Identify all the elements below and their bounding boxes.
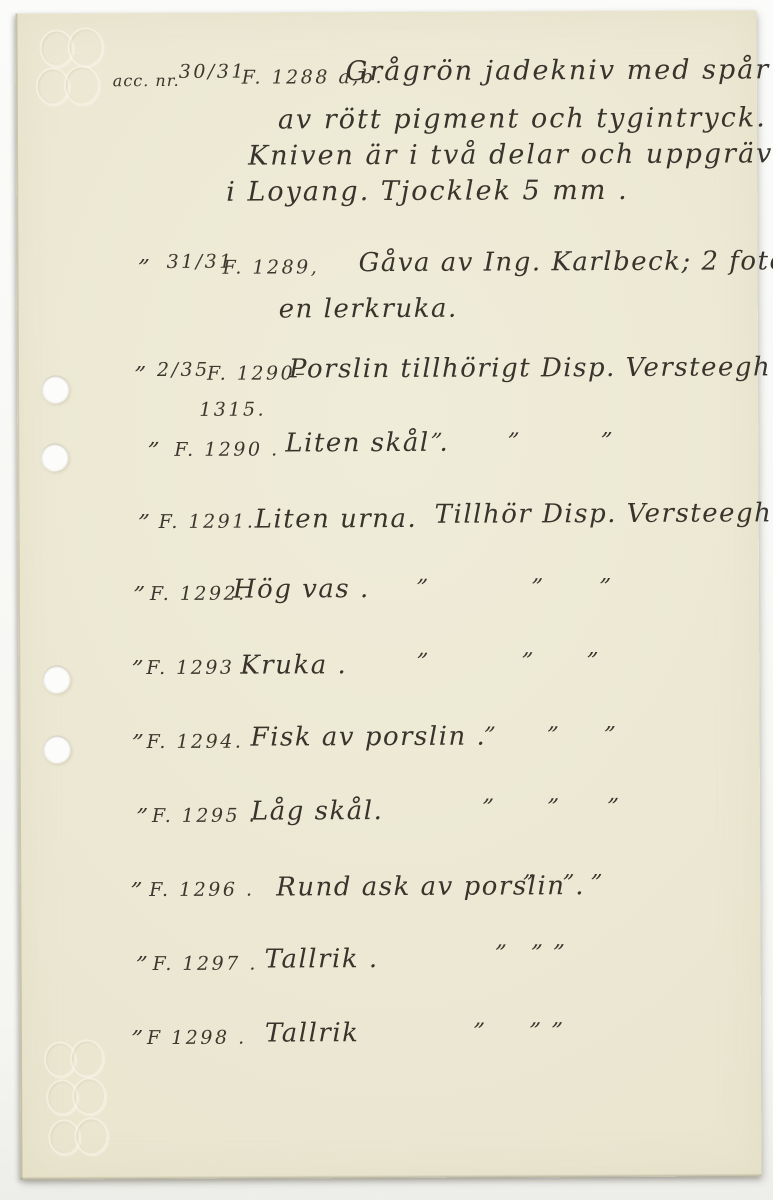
description-line: Gåva av Ing. Karlbeck; 2 fotos av	[358, 248, 773, 276]
ditto-mark: ”	[526, 1021, 542, 1043]
catalog-number-continued: 1315.	[199, 401, 266, 420]
ditto-mark: ”	[596, 577, 612, 599]
ditto-mark: ”	[583, 651, 599, 673]
emboss-stamp	[70, 1039, 104, 1077]
description-line: i Loyang. Tjocklek 5 mm .	[226, 177, 629, 206]
description-line: Fisk av porslin .	[251, 724, 487, 751]
description-line: Tillhör Disp. Versteegh.	[435, 500, 773, 528]
description-line: Porslin tillhörigt Disp. Versteegh.	[289, 354, 773, 382]
ditto-mark: ”	[133, 807, 149, 829]
catalog-number: F. 1294.	[147, 733, 244, 752]
description-line: Tallrik	[265, 1020, 360, 1046]
punch-hole	[42, 375, 69, 402]
catalog-number: F. 1291.	[159, 513, 256, 532]
description-line: Hög vas .	[233, 576, 370, 603]
ditto-mark: ”	[600, 725, 616, 747]
ditto-mark: ”	[548, 1021, 564, 1043]
description-line: Tallrik .	[265, 946, 379, 972]
ditto-mark: ”	[128, 1029, 144, 1051]
catalog-number: F. 1290 .	[174, 440, 279, 459]
ditto-mark: ”	[549, 943, 565, 965]
description-line: Liten skål .	[285, 430, 449, 457]
punch-hole	[43, 665, 70, 692]
accession-number: 2/35	[157, 361, 210, 380]
ditto-mark: ”	[413, 652, 429, 674]
catalog-number: F. 1295 .	[152, 807, 257, 826]
ditto-mark: ”	[127, 881, 143, 903]
scanned-document: acc. nr. 30/31 F. 1288 a,b. Grågrön jade…	[0, 0, 773, 1200]
description-line: Kruka .	[240, 652, 347, 678]
emboss-stamp	[72, 1077, 106, 1115]
ditto-mark: ”	[134, 513, 150, 535]
ditto-mark: ”	[131, 365, 147, 387]
ditto-mark: ”	[527, 943, 543, 965]
ditto-mark: ”	[491, 943, 507, 965]
description-line: Rund ask av porslin .	[276, 873, 585, 900]
catalog-number: F 1298 .	[147, 1029, 247, 1048]
ditto-mark: ”	[128, 733, 144, 755]
ditto-mark: ”	[413, 578, 429, 600]
ledger-page: acc. nr. 30/31 F. 1288 a,b. Grågrön jade…	[15, 10, 761, 1179]
ditto-mark: ”	[504, 431, 520, 453]
ditto-mark: ”	[130, 585, 146, 607]
ditto-mark: ”	[144, 441, 160, 463]
emboss-stamp	[68, 27, 104, 67]
catalog-number: F. 1289,	[223, 258, 320, 277]
punch-hole	[44, 735, 71, 762]
description-line: en lerkruka.	[279, 296, 458, 323]
ditto-mark: ”	[470, 1022, 486, 1044]
catalog-number: F. 1296 .	[149, 881, 254, 900]
ditto-mark: ”	[132, 955, 148, 977]
ditto-mark: ”	[518, 651, 534, 673]
catalog-number: F. 1293 .	[146, 659, 251, 678]
description-line: Låg skål.	[251, 798, 383, 825]
ditto-mark: ”	[604, 797, 620, 819]
ditto-mark: ”	[544, 797, 560, 819]
ditto-mark: ”	[134, 258, 150, 280]
description-line: av rött pigment och tygintryck.	[278, 104, 767, 133]
accession-label: acc. nr.	[113, 73, 180, 89]
ditto-mark: ”	[479, 798, 495, 820]
punch-hole	[41, 443, 68, 470]
description-line: Grågrön jadekniv med spår	[346, 56, 771, 85]
ditto-mark: ”	[543, 725, 559, 747]
description-line: Kniven är i två delar och uppgrävd	[248, 140, 773, 169]
ditto-mark: ”	[597, 431, 613, 453]
emboss-stamp	[64, 65, 100, 105]
emboss-stamp	[74, 1117, 108, 1155]
catalog-number: F. 1297 .	[153, 955, 258, 974]
description-line: Liten urna.	[255, 506, 418, 533]
accession-number: 30/31	[179, 63, 246, 82]
ditto-mark: ”	[128, 659, 144, 681]
ditto-mark: ”	[587, 873, 603, 895]
ditto-mark: ”	[528, 577, 544, 599]
